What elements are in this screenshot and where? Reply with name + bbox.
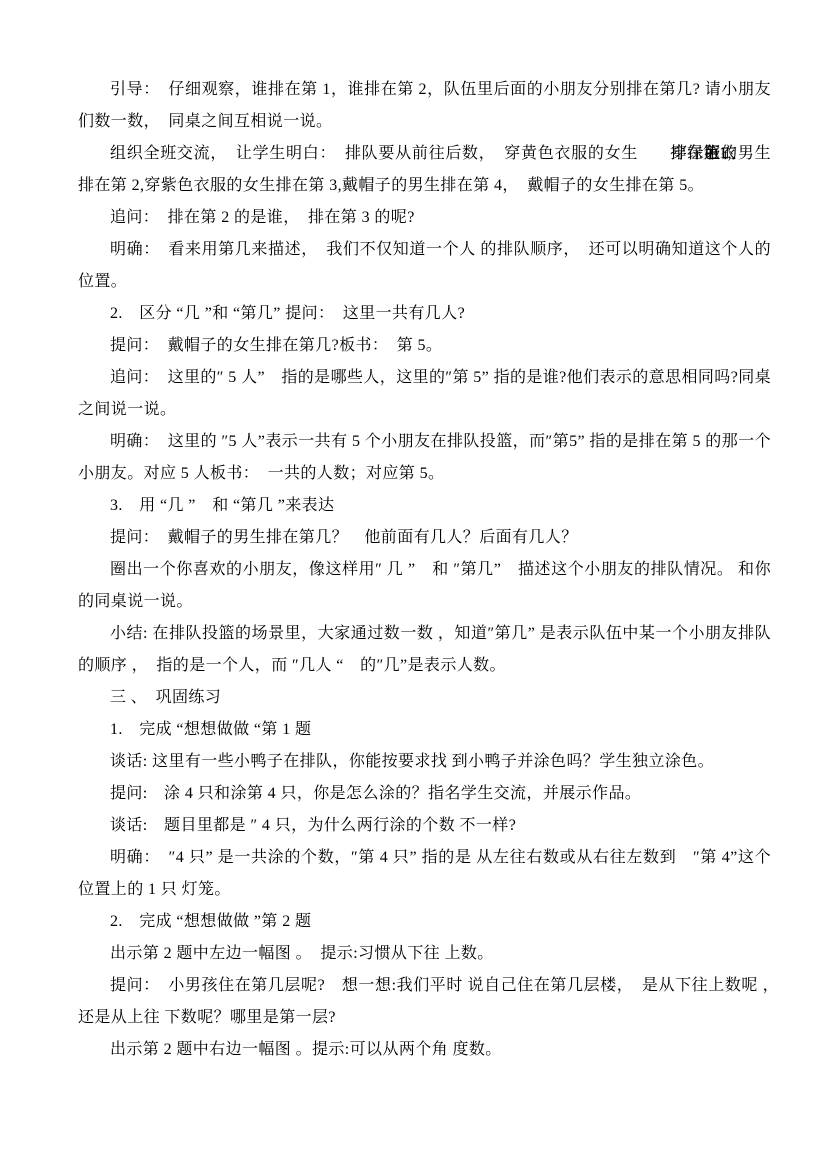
paragraph-1: 引导： 仔细观察，谁排在第 1，谁排在第 2，队伍里后面的小朋友分别排在第几? …: [78, 74, 771, 138]
paragraph-20: 出示第 2 题中左边一幅图 。 提示:习惯从下往 上数。: [78, 938, 771, 970]
paragraph-11: 圈出一个你喜欢的小朋友，像这样用″ 几 ” 和 ″第几” 描述这个小朋友的排队情…: [78, 554, 771, 618]
paragraph-14: 1. 完成 “想想做做 “第 1 题: [78, 714, 771, 746]
paragraph-3: 追问： 排在第 2 的是谁， 排在第 3 的呢?: [78, 202, 771, 234]
paragraph-5: 2. 区分 “几 ”和 “第几” 提问： 这里一共有几人?: [78, 298, 771, 330]
document-page: 引导： 仔细观察，谁排在第 1，谁排在第 2，队伍里后面的小朋友分别排在第几? …: [0, 0, 827, 1170]
paragraph-6: 提问： 戴帽子的女生排在第几?板书： 第 5。: [78, 330, 771, 362]
overlap-layer-bottom: 穿绿色衣: [639, 138, 737, 170]
section-heading-practice: 三 、 巩固练习: [78, 682, 771, 714]
paragraph-4: 明确： 看来用第几来描述， 我们不仅知道一个人 的排队顺序， 还可以明确知道这个…: [78, 234, 771, 298]
paragraph-18: 明确： ″4 只” 是一共涂的个数，″第 4 只” 指的是 从左往右数或从右往左…: [78, 842, 771, 906]
overlap-print-artifact: 排在第1,穿绿色衣: [638, 138, 704, 170]
paragraph-2-before: 组织全班交流， 让学生明白： 排队要从前往后数， 穿黄色衣服的女生: [110, 145, 638, 162]
paragraph-22: 出示第 2 题中右边一幅图 。提示:可以从两个角 度数。: [78, 1034, 771, 1066]
paragraph-19: 2. 完成 “想想做做 ”第 2 题: [78, 906, 771, 938]
paragraph-16: 提问: 涂 4 只和涂第 4 只，你是怎么涂的？指名学生交流，并展示作品。: [78, 778, 771, 810]
paragraph-10: 提问： 戴帽子的男生排在第几？ 他前面有几人？后面有几人？: [78, 522, 771, 554]
paragraph-21: 提问： 小男孩住在第几层呢? 想一想:我们平时 说自己住在第几层楼， 是从下往上…: [78, 970, 771, 1034]
paragraph-15: 谈话: 这里有一些小鸭子在排队，你能按要求找 到小鸭子并涂色吗？学生独立涂色。: [78, 746, 771, 778]
paragraph-17: 谈话: 题目里都是 ″ 4 只，为什么两行涂的个数 不一样?: [78, 810, 771, 842]
paragraph-8: 明确： 这里的 ″5 人”表示一共有 5 个小朋友在排队投篮，而″第5” 指的是…: [78, 426, 771, 490]
paragraph-7: 追问： 这里的″ 5 人” 指的是哪些人，这里的″第 5” 指的是谁?他们表示的…: [78, 362, 771, 426]
paragraph-9: 3. 用 “几 ” 和 “第几 ”来表达: [78, 490, 771, 522]
paragraph-12: 小结: 在排队投篮的场景里，大家通过数一数 ，知道″第几” 是表示队伍中某一个小…: [78, 618, 771, 682]
paragraph-2: 组织全班交流， 让学生明白： 排队要从前往后数， 穿黄色衣服的女生排在第1,穿绿…: [78, 138, 771, 202]
